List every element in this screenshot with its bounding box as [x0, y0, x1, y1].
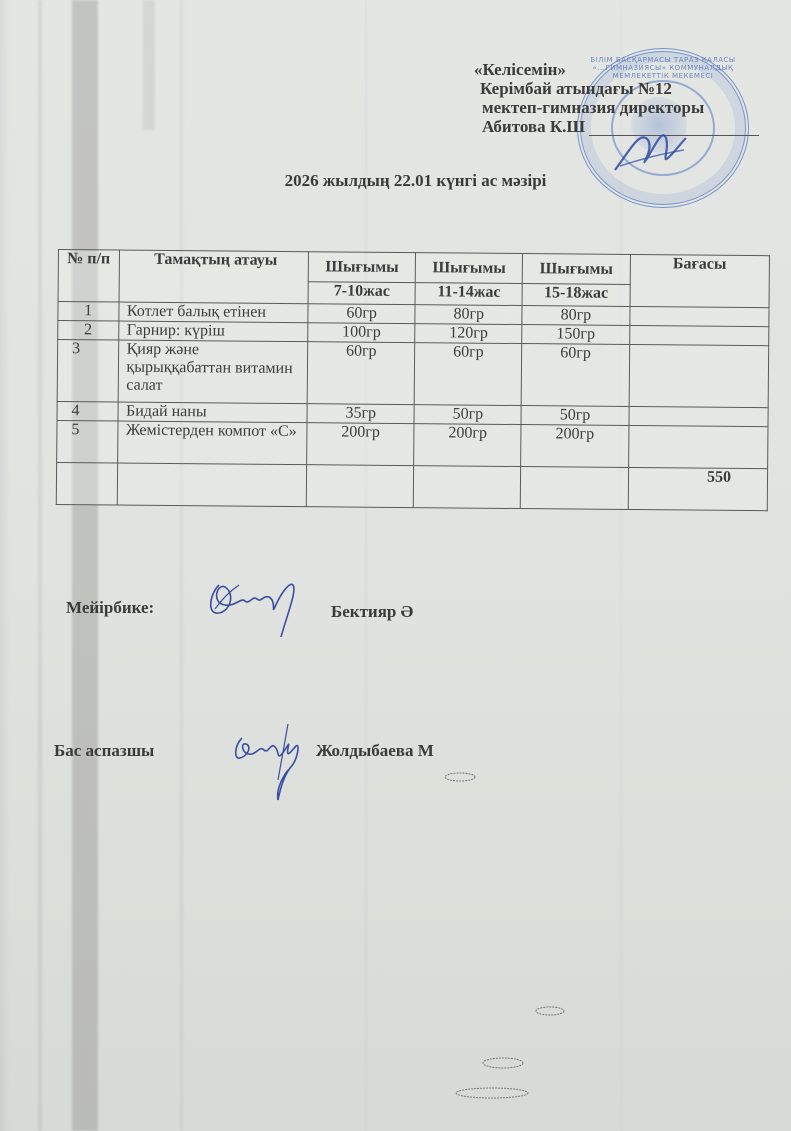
row-no: 3: [57, 340, 118, 403]
nurse-label: Мейірбике:: [66, 598, 154, 618]
price: [629, 406, 769, 426]
dish-name: Жемістерден компот «С»: [117, 421, 307, 465]
header-portion-1: Шығымы: [308, 252, 415, 283]
nurse-signature-icon: [205, 575, 305, 645]
portion-7-10: 200гр: [307, 423, 415, 466]
scan-artifact: [530, 1004, 570, 1018]
approval-heading: «Келісемін»: [474, 60, 759, 79]
portion-7-10: 60гр: [308, 304, 415, 324]
portion-7-10: 35гр: [307, 404, 414, 424]
total-row: 550: [56, 462, 767, 510]
nurse-name: Бектияр Ә: [331, 602, 413, 622]
total-price: 550: [628, 467, 768, 510]
header-price: Бағасы: [630, 254, 770, 307]
header-age-11-14: 11-14жас: [415, 283, 522, 306]
portion-15-18: 60гр: [522, 344, 630, 407]
scan-artifact: [478, 1055, 528, 1071]
price: [629, 325, 769, 345]
empty-cell: [414, 466, 522, 509]
empty-cell: [521, 467, 629, 510]
dish-name: Котлет балық етінен: [118, 302, 308, 323]
header-portion-3: Шығымы: [523, 254, 630, 285]
approval-school: Керімбай атындағы №12: [480, 79, 759, 98]
empty-cell: [117, 463, 307, 507]
header-age-15-18: 15-18жас: [522, 284, 629, 307]
portion-11-14: 50гр: [414, 405, 521, 425]
table-row: 5 Жемістерден компот «С» 200гр 200гр 200…: [57, 420, 768, 468]
document-page: БІЛІМ БАСҚАРМАСЫ ТАРАЗ ҚАЛАСЫ «...ГИМНАЗ…: [0, 0, 791, 1131]
approval-position: мектеп-гимназия директоры: [482, 98, 759, 117]
empty-cell: [306, 465, 414, 508]
scan-artifact: [452, 1085, 532, 1101]
row-no: 1: [58, 302, 119, 322]
portion-15-18: 50гр: [521, 406, 628, 426]
portion-15-18: 200гр: [521, 425, 629, 468]
scan-streak: [365, 0, 367, 1131]
table-row: 3 Қияр және қырыққабаттан витамин салат …: [57, 340, 769, 408]
scan-artifact: [440, 770, 480, 784]
portion-11-14: 120гр: [415, 324, 522, 344]
portion-15-18: 80гр: [522, 306, 629, 326]
portion-11-14: 80гр: [415, 305, 522, 325]
head-cook-signature-icon: [230, 720, 310, 805]
portion-15-18: 150гр: [522, 325, 629, 345]
empty-cell: [56, 462, 117, 505]
dish-name: Гарнир: күріш: [118, 321, 308, 342]
header-no: № п/п: [58, 250, 119, 303]
dish-name: Бидай наны: [118, 402, 308, 423]
header-age-7-10: 7-10жас: [308, 282, 415, 305]
portion-11-14: 200гр: [414, 424, 522, 467]
price: [629, 344, 769, 407]
head-cook-name: Жолдыбаева М: [316, 741, 434, 761]
portion-7-10: 60гр: [307, 342, 415, 405]
scan-streak: [38, 0, 42, 1131]
header-name: Тамақтың атауы: [119, 250, 309, 304]
director-name: Абитова К.Ш: [482, 117, 585, 136]
dish-name: Қияр және қырыққабаттан витамин салат: [118, 340, 308, 404]
scan-streak: [180, 0, 183, 1131]
row-no: 5: [57, 420, 118, 463]
header-portion-2: Шығымы: [415, 253, 522, 284]
portion-11-14: 60гр: [414, 343, 522, 406]
row-no: 4: [57, 401, 118, 421]
head-cook-label: Бас аспазшы: [54, 741, 154, 761]
scan-streak: [72, 0, 98, 1131]
scan-streak: [143, 0, 155, 130]
price: [628, 425, 768, 468]
page-title: 2026 жылдың 22.01 күнгі ас мәзірі: [0, 171, 791, 191]
portion-7-10: 100гр: [308, 323, 415, 343]
price: [629, 306, 769, 326]
row-no: 2: [58, 321, 119, 341]
menu-table: № п/п Тамақтың атауы Шығымы Шығымы Шығым…: [56, 249, 770, 511]
